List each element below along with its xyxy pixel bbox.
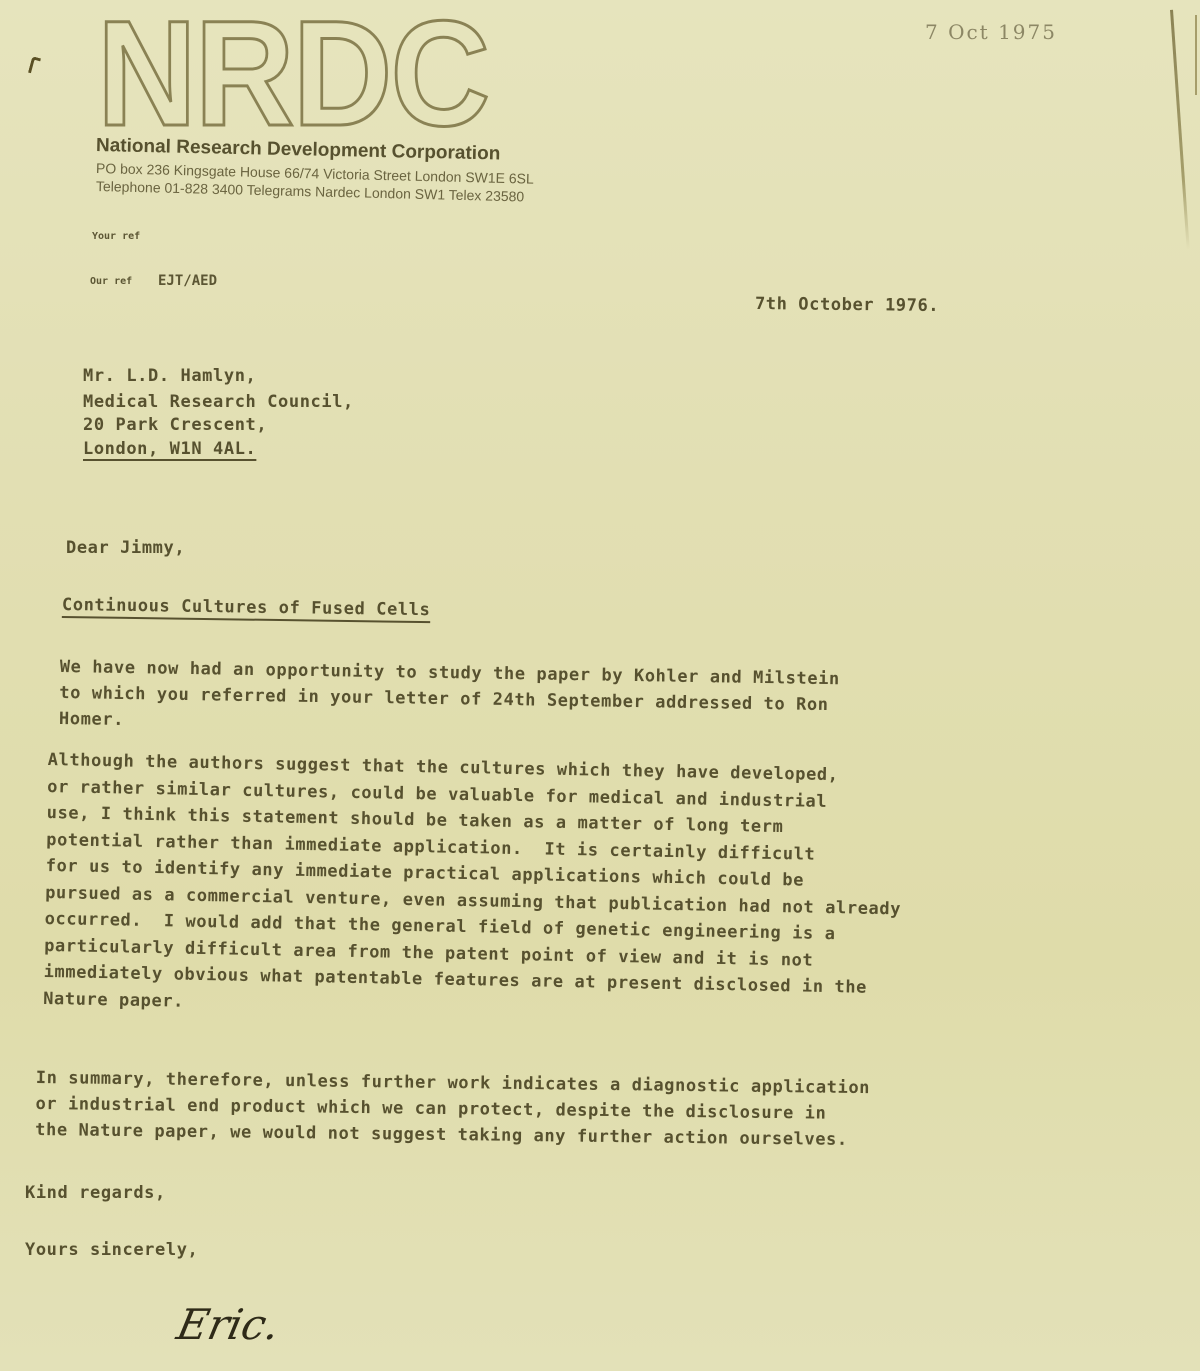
closing-sign-off: Yours sincerely, bbox=[25, 1240, 198, 1260]
our-ref-label: Our ref bbox=[90, 276, 132, 287]
recipient-city: London, W1N 4AL. bbox=[83, 438, 256, 460]
subject-line: Continuous Cultures of Fused Cells bbox=[62, 595, 431, 620]
handwritten-date: 7 Oct 1975 bbox=[925, 20, 1057, 44]
nrdc-logo: NRDC bbox=[97, 18, 488, 128]
paragraph-1: We have now had an opportunity to study … bbox=[59, 654, 840, 744]
salutation: Dear Jimmy, bbox=[66, 538, 185, 558]
letter-page: NRDC National Research Development Corpo… bbox=[0, 0, 1200, 1371]
paragraph-3: In summary, therefore, unless further wo… bbox=[35, 1065, 870, 1153]
closing-regards: Kind regards, bbox=[25, 1183, 166, 1203]
letter-date: 7th October 1976. bbox=[755, 294, 939, 316]
our-ref-value: EJT/AED bbox=[158, 273, 217, 289]
pen-mark bbox=[28, 56, 41, 75]
recipient-organization: Medical Research Council, bbox=[83, 391, 354, 413]
paper-edge-line bbox=[1195, 15, 1197, 95]
signature: Eric. bbox=[173, 1300, 284, 1349]
paragraph-2: Although the authors suggest that the cu… bbox=[43, 747, 904, 1028]
recipient-street: 20 Park Crescent, bbox=[83, 414, 267, 436]
paper-edge-line bbox=[1170, 10, 1190, 250]
your-ref-label: Your ref bbox=[92, 231, 140, 242]
recipient-name: Mr. L.D. Hamlyn, bbox=[83, 365, 256, 387]
